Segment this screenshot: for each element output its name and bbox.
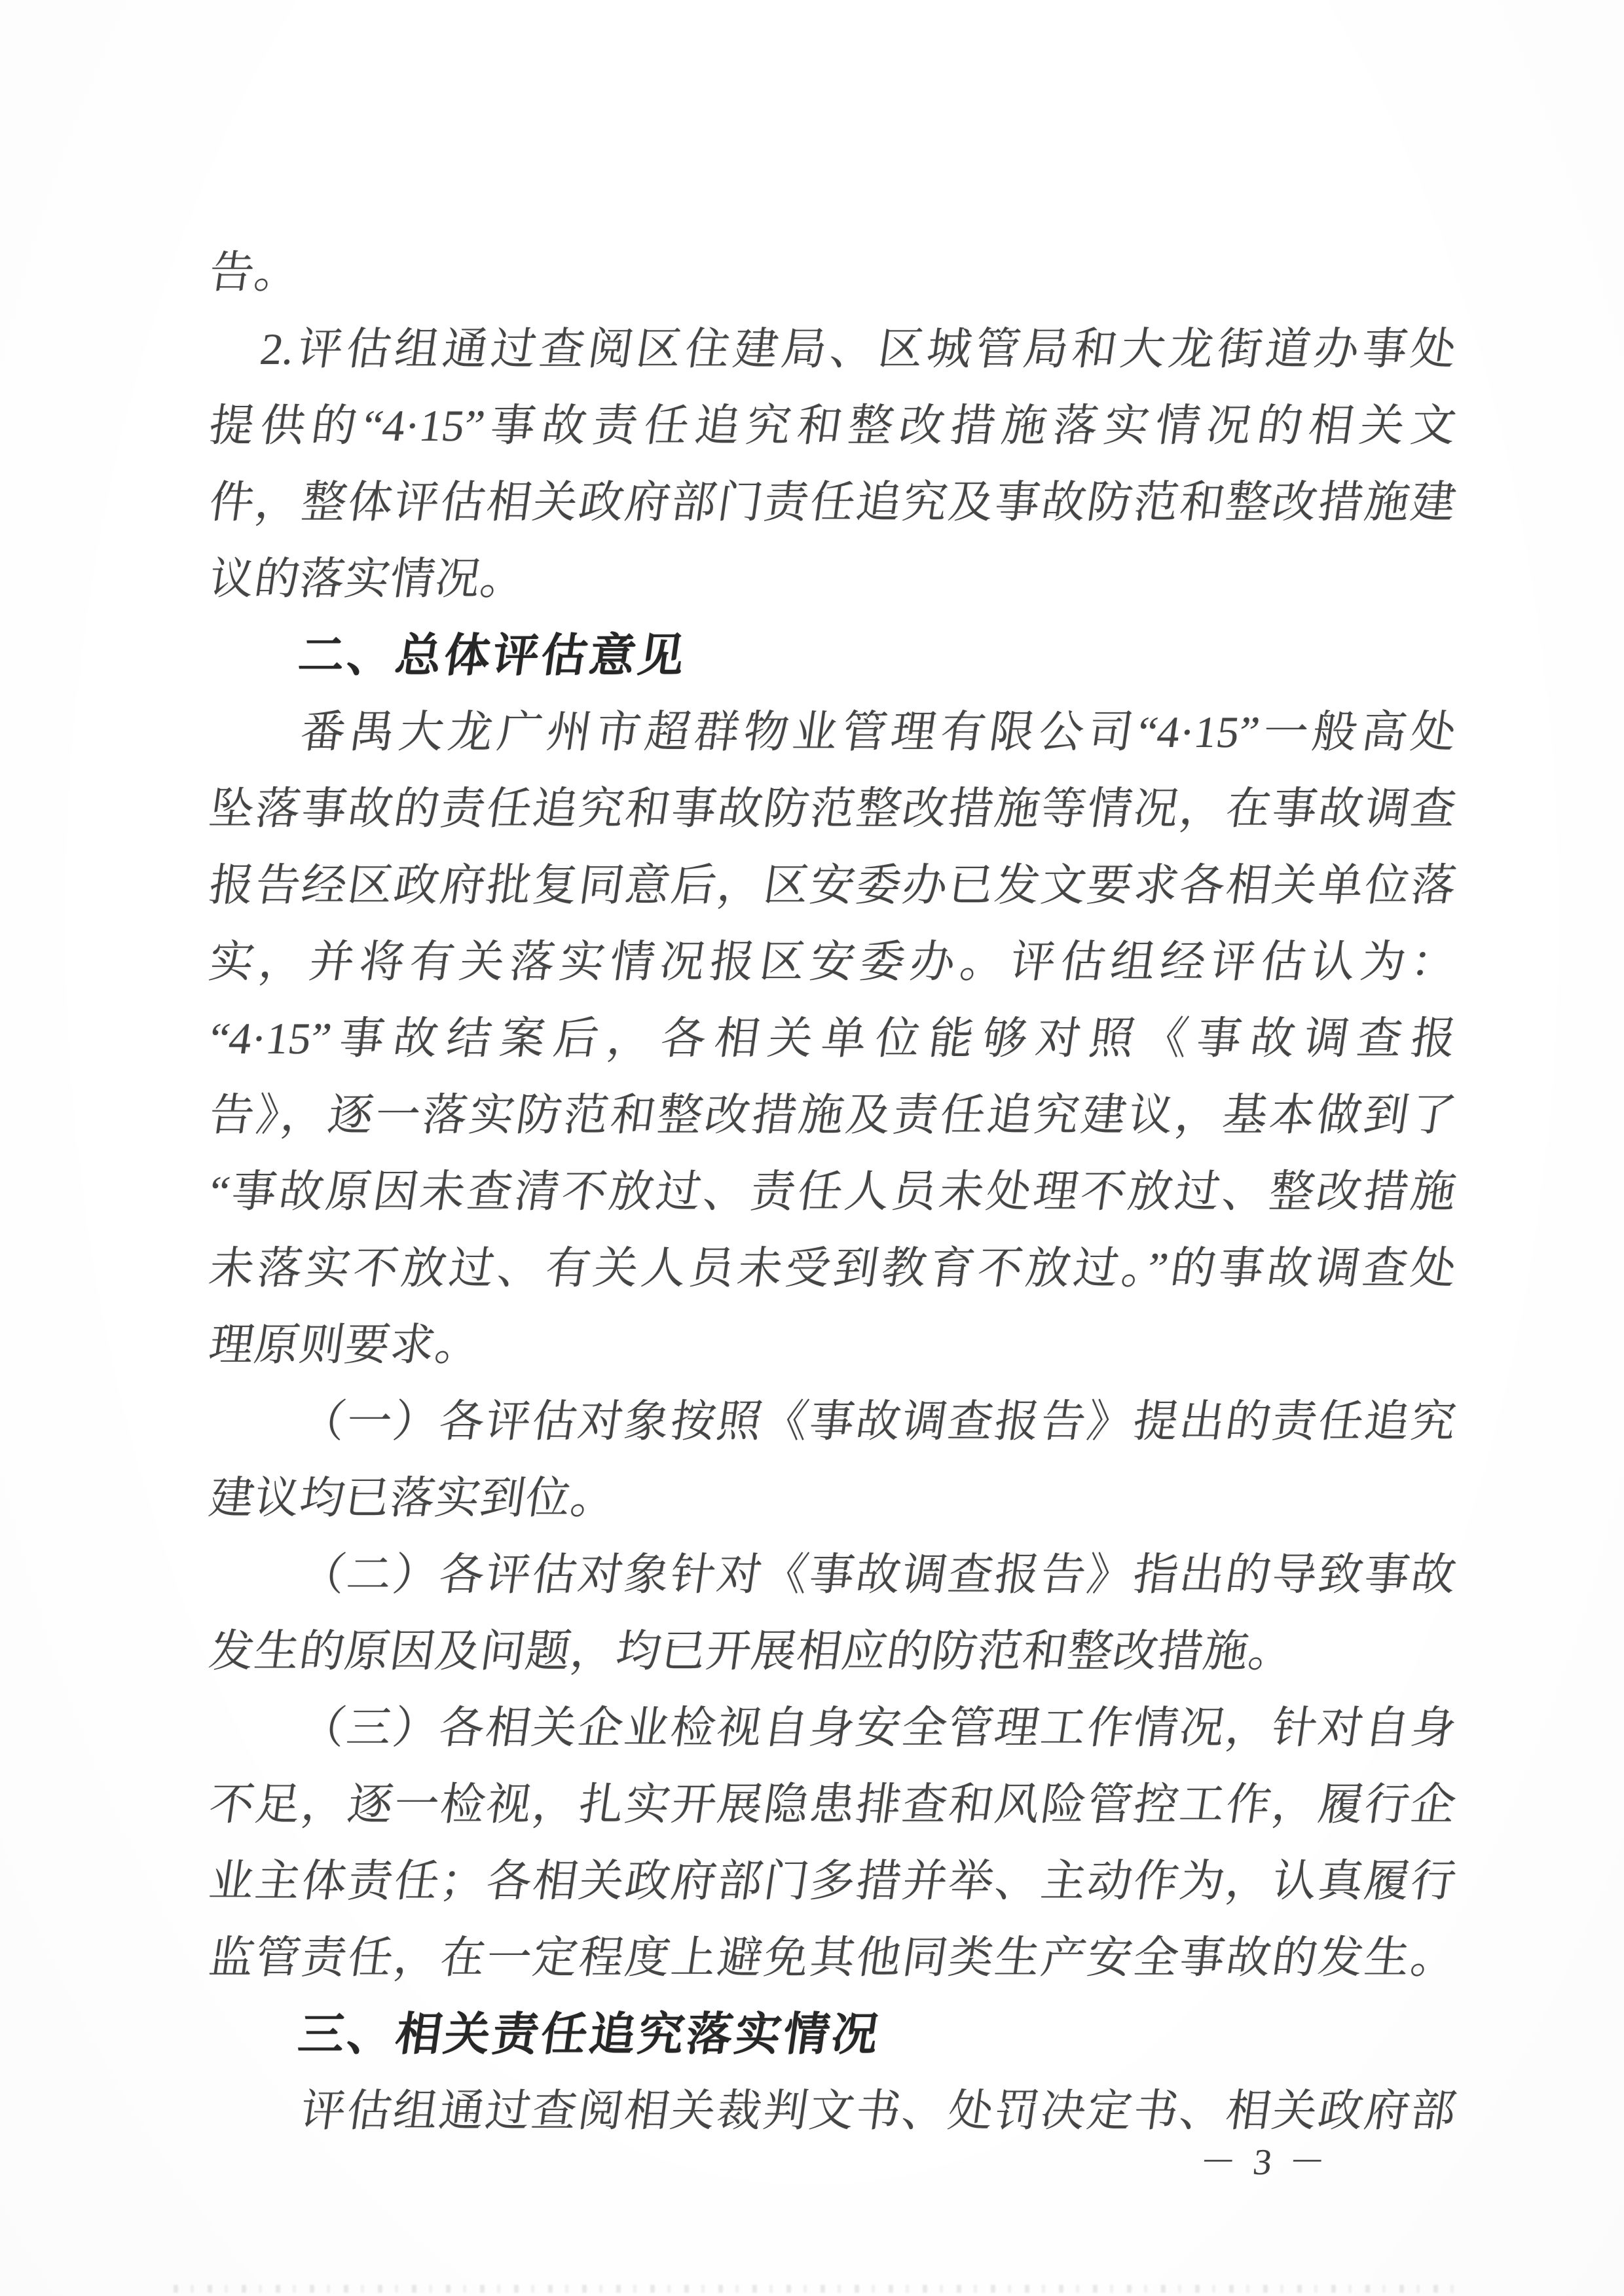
text-line: 实，并将有关落实情况报区安委办。评估组经评估认为： [204, 924, 1461, 1000]
text-line: 未落实不放过、有关人员未受到教育不放过。”的事故调查处 [204, 1230, 1461, 1307]
text-line: 监管责任，在一定程度上避免其他同类生产安全事故的发生。 [204, 1920, 1461, 1996]
section-heading: 三、相关责任追究落实情况 [204, 1996, 1461, 2073]
scan-bleed-artifact [174, 2285, 1467, 2293]
text-line: 坠落事故的责任追究和事故防范整改措施等情况，在事故调查 [204, 771, 1461, 847]
text-line: 发生的原因及问题，均已开展相应的防范和整改措施。 [204, 1613, 1461, 1690]
text-line: 报告经区政府批复同意后，区安委办已发文要求各相关单位落 [204, 847, 1461, 924]
text-line: 业主体责任；各相关政府部门多措并举、主动作为，认真履行 [204, 1843, 1461, 1920]
text-line: 件，整体评估相关政府部门责任追究及事故防范和整改措施建 [204, 464, 1461, 541]
text-line: （二）各评估对象针对《事故调查报告》指出的导致事故 [204, 1537, 1461, 1613]
text-line: （一）各评估对象按照《事故调查报告》提出的责任追究 [204, 1383, 1461, 1460]
page-number: － 3 － [1197, 2140, 1333, 2185]
text-line: 理原则要求。 [204, 1307, 1461, 1383]
text-line: “4·15”事故结案后，各相关单位能够对照《事故调查报 [204, 1000, 1461, 1077]
text-line: 议的落实情况。 [204, 541, 1461, 617]
text-line: “事故原因未查清不放过、责任人员未处理不放过、整改措施 [204, 1154, 1461, 1230]
text-line: 评估组通过查阅相关裁判文书、处罚决定书、相关政府部 [204, 2073, 1461, 2149]
document-page: 告。2.评估组通过查阅区住建局、区城管局和大龙街道办事处提供的“4·15”事故责… [0, 0, 1624, 2296]
text-line: 番禺大龙广州市超群物业管理有限公司“4·15”一般高处 [204, 694, 1461, 771]
text-line: 告。 [204, 234, 1461, 311]
document-body: 告。2.评估组通过查阅区住建局、区城管局和大龙街道办事处提供的“4·15”事故责… [210, 234, 1456, 2149]
text-line: 提供的“4·15”事故责任追究和整改措施落实情况的相关文 [204, 388, 1461, 464]
text-line: （三）各相关企业检视自身安全管理工作情况，针对自身 [204, 1690, 1461, 1766]
text-line: 告》，逐一落实防范和整改措施及责任追究建议，基本做到了 [204, 1077, 1461, 1154]
text-line: 建议均已落实到位。 [204, 1460, 1461, 1537]
text-line: 2.评估组通过查阅区住建局、区城管局和大龙街道办事处 [204, 311, 1461, 388]
text-line: 不足，逐一检视，扎实开展隐患排查和风险管控工作，履行企 [204, 1766, 1461, 1843]
section-heading: 二、总体评估意见 [204, 617, 1461, 694]
